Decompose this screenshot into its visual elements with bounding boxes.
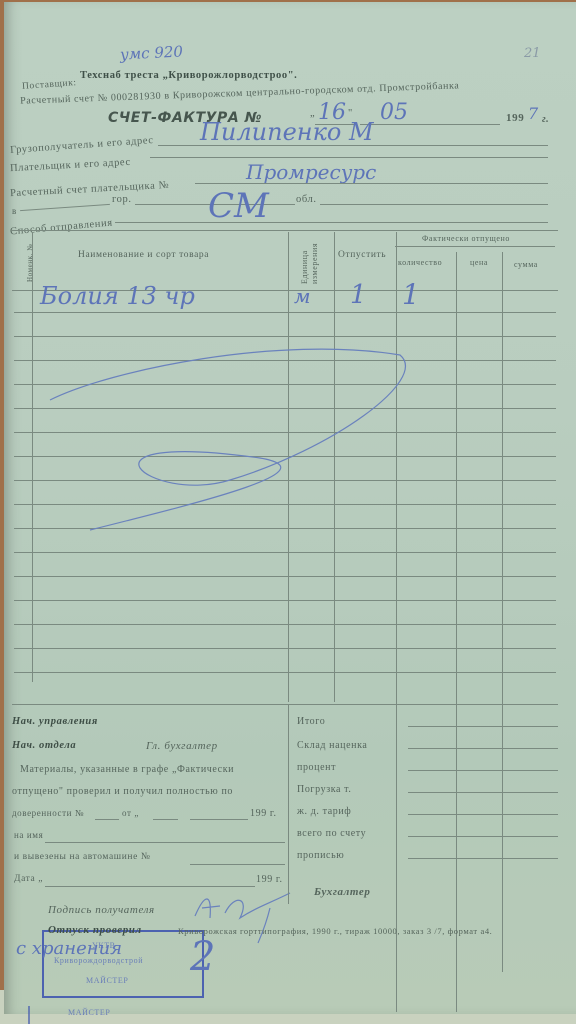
date-line <box>45 886 255 887</box>
proxy-year: 199 г. <box>250 808 277 819</box>
underlying-stamp <box>28 1006 200 1024</box>
name-line <box>45 842 285 843</box>
handwritten-shipping: СМ <box>208 186 269 226</box>
consignee-line <box>158 145 548 146</box>
actual-group-underline <box>395 246 555 247</box>
recipient-signature-label: Подпись получателя <box>48 904 155 916</box>
total-label-rail-tariff: ж. д. тариф <box>297 806 351 817</box>
year-g: г. <box>542 114 549 125</box>
region-line <box>320 204 548 205</box>
header-price: цена <box>470 258 488 267</box>
materials-text-2: отпущено" проверил и получил полностью п… <box>12 786 233 797</box>
proxy-month-line <box>190 819 248 820</box>
header-sum: сумма <box>514 260 538 269</box>
shipping-line <box>115 222 548 223</box>
total-label-itogo: Итого <box>297 716 325 727</box>
handwritten-consignee: Пилипенко М <box>200 118 374 146</box>
year-prefix: 199 <box>506 112 524 124</box>
table-bottom-border <box>12 704 558 705</box>
total-label-grand-total: всего по счету <box>297 828 366 839</box>
cancellation-scribble <box>30 340 410 540</box>
stamp-line-3: МАЙСТЕР <box>86 976 128 985</box>
totals-row-line <box>408 858 558 859</box>
row-line <box>14 600 556 601</box>
payer-line <box>150 157 548 158</box>
date-label: Дата „ <box>14 874 43 884</box>
chief-accountant-label: Гл. бухгалтер <box>146 740 218 752</box>
accountant-label: Бухгалтер <box>314 886 371 898</box>
header-number: Номенк. № <box>26 243 34 282</box>
row-line <box>14 552 556 553</box>
head-department-label: Нач. отдела <box>12 740 76 751</box>
handwritten-top-note: умс 920 <box>120 42 184 63</box>
totals-row-line <box>408 814 558 815</box>
header-unit: Единица измерения <box>300 224 320 284</box>
totals-row-line <box>408 748 558 749</box>
underlying-stamp-text: МАЙСТЕР <box>68 1008 110 1017</box>
totals-row-line <box>408 770 558 771</box>
name-label: на имя <box>14 830 43 840</box>
header-name: Наименование и сорт товара <box>78 250 209 260</box>
row-line <box>14 648 556 649</box>
city-prefix: в <box>12 206 17 216</box>
total-label-percent: процент <box>297 762 336 773</box>
header-release: Отпустить <box>338 250 386 260</box>
handwritten-payer-account: Промресурс <box>246 160 376 184</box>
row-line <box>14 576 556 577</box>
proxy-day-line <box>153 819 178 820</box>
row-line <box>14 312 556 313</box>
vehicle-label: и вывезены на автомашине № <box>14 852 151 862</box>
date-month-line <box>360 124 500 125</box>
handwritten-date-month: 05 <box>380 100 408 125</box>
row-line <box>14 672 556 673</box>
page-number-mark: 21 <box>524 46 541 61</box>
proxy-label: доверенности № <box>12 808 84 818</box>
payer-account-line <box>195 183 548 184</box>
date-year: 199 г. <box>256 874 283 885</box>
item-name: Болия 13 чр <box>40 282 195 310</box>
proxy-from-label: от „ <box>122 808 139 818</box>
totals-row-line <box>408 792 558 793</box>
stamp-signature-digit: 2 <box>190 934 215 980</box>
item-unit: м <box>294 284 311 308</box>
header-actual-group: Фактически отпущено <box>422 234 510 243</box>
head-management-label: Нач. управления <box>12 716 98 727</box>
totals-row-line <box>408 726 558 727</box>
totals-divider <box>288 704 289 904</box>
materials-text-1: Материалы, указанные в графе „Фактически <box>20 764 234 775</box>
total-label-markup: Склад наценка <box>297 740 367 751</box>
region-label: обл. <box>296 194 317 205</box>
printer-line: Криворожская горттипография, 1990 г., ти… <box>178 926 492 936</box>
table-top-border <box>12 230 558 231</box>
header-qty: количество <box>398 258 442 267</box>
stamp-handwritten: с хранения <box>16 938 122 959</box>
total-label-loading: Погрузка т. <box>297 784 352 795</box>
handwritten-year-digit: 7 <box>528 104 538 123</box>
row-line <box>14 336 556 337</box>
supplier-name: Техснаб треста „Криворожлорводстроо". <box>80 70 297 81</box>
proxy-number-line <box>95 819 119 820</box>
vehicle-line <box>190 864 285 865</box>
col-divider-5 <box>456 252 457 1012</box>
item-release: 1 <box>350 280 367 310</box>
city-label: гор. <box>112 194 132 205</box>
totals-row-line <box>408 836 558 837</box>
release-checked-label: Отпуск проверил <box>48 924 142 936</box>
item-qty: 1 <box>402 278 420 311</box>
row-line <box>14 624 556 625</box>
total-label-in-words: прописью <box>297 850 344 861</box>
